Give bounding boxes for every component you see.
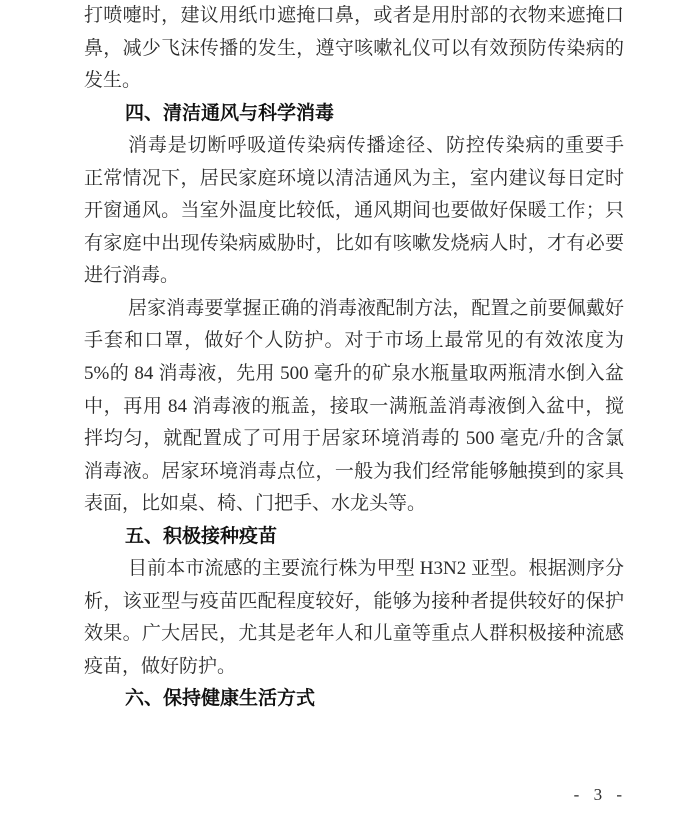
text-line: 效果。广大居民，尤其是老年人和儿童等重点人群积极接种流感 xyxy=(84,618,624,651)
text-line: 消毒液。居家环境消毒点位，一般为我们经常能够触摸到的家具 xyxy=(84,456,624,489)
text-line: 5%的 84 消毒液，先用 500 毫升的矿泉水瓶量取两瓶清水倒入盆 xyxy=(84,358,624,391)
text-line: 正常情况下，居民家庭环境以清洁通风为主，室内建议每日定时 xyxy=(84,163,624,196)
text-line: 中，再用 84 消毒液的瓶盖，接取一满瓶盖消毒液倒入盆中，搅 xyxy=(84,391,624,424)
text-line: 打喷嚏时，建议用纸巾遮掩口鼻，或者是用肘部的衣物来遮掩口 xyxy=(84,0,624,33)
text-line: 发生。 xyxy=(84,65,624,98)
section-heading: 四、清洁通风与科学消毒 xyxy=(84,98,624,131)
text-line: 拌均匀，就配置成了可用于居家环境消毒的 500 毫克/升的含氯 xyxy=(84,423,624,456)
document-page: 打喷嚏时，建议用纸巾遮掩口鼻，或者是用肘部的衣物来遮掩口鼻，减少飞沫传播的发生，… xyxy=(0,0,700,816)
text-line: 表面，比如桌、椅、门把手、水龙头等。 xyxy=(84,488,624,521)
text-line: 居家消毒要掌握正确的消毒液配制方法，配置之前要佩戴好 xyxy=(84,293,624,326)
text-line: 手套和口罩，做好个人防护。对于市场上最常见的有效浓度为 xyxy=(84,325,624,358)
text-line: 鼻，减少飞沫传播的发生，遵守咳嗽礼仪可以有效预防传染病的 xyxy=(84,33,624,66)
section-heading: 六、保持健康生活方式 xyxy=(84,683,624,716)
text-line: 目前本市流感的主要流行株为甲型 H3N2 亚型。根据测序分 xyxy=(84,553,624,586)
section-heading: 五、积极接种疫苗 xyxy=(84,521,624,554)
text-line: 进行消毒。 xyxy=(84,260,624,293)
document-lines: 打喷嚏时，建议用纸巾遮掩口鼻，或者是用肘部的衣物来遮掩口鼻，减少飞沫传播的发生，… xyxy=(84,0,624,716)
page-number: - 3 - xyxy=(574,785,627,805)
text-line: 疫苗，做好防护。 xyxy=(84,651,624,684)
text-line: 开窗通风。当室外温度比较低，通风期间也要做好保暖工作；只 xyxy=(84,195,624,228)
text-line: 有家庭中出现传染病威胁时，比如有咳嗽发烧病人时，才有必要 xyxy=(84,228,624,261)
text-line: 消毒是切断呼吸道传染病传播途径、防控传染病的重要手段。 xyxy=(84,130,624,163)
text-line: 析，该亚型与疫苗匹配程度较好，能够为接种者提供较好的保护 xyxy=(84,586,624,619)
